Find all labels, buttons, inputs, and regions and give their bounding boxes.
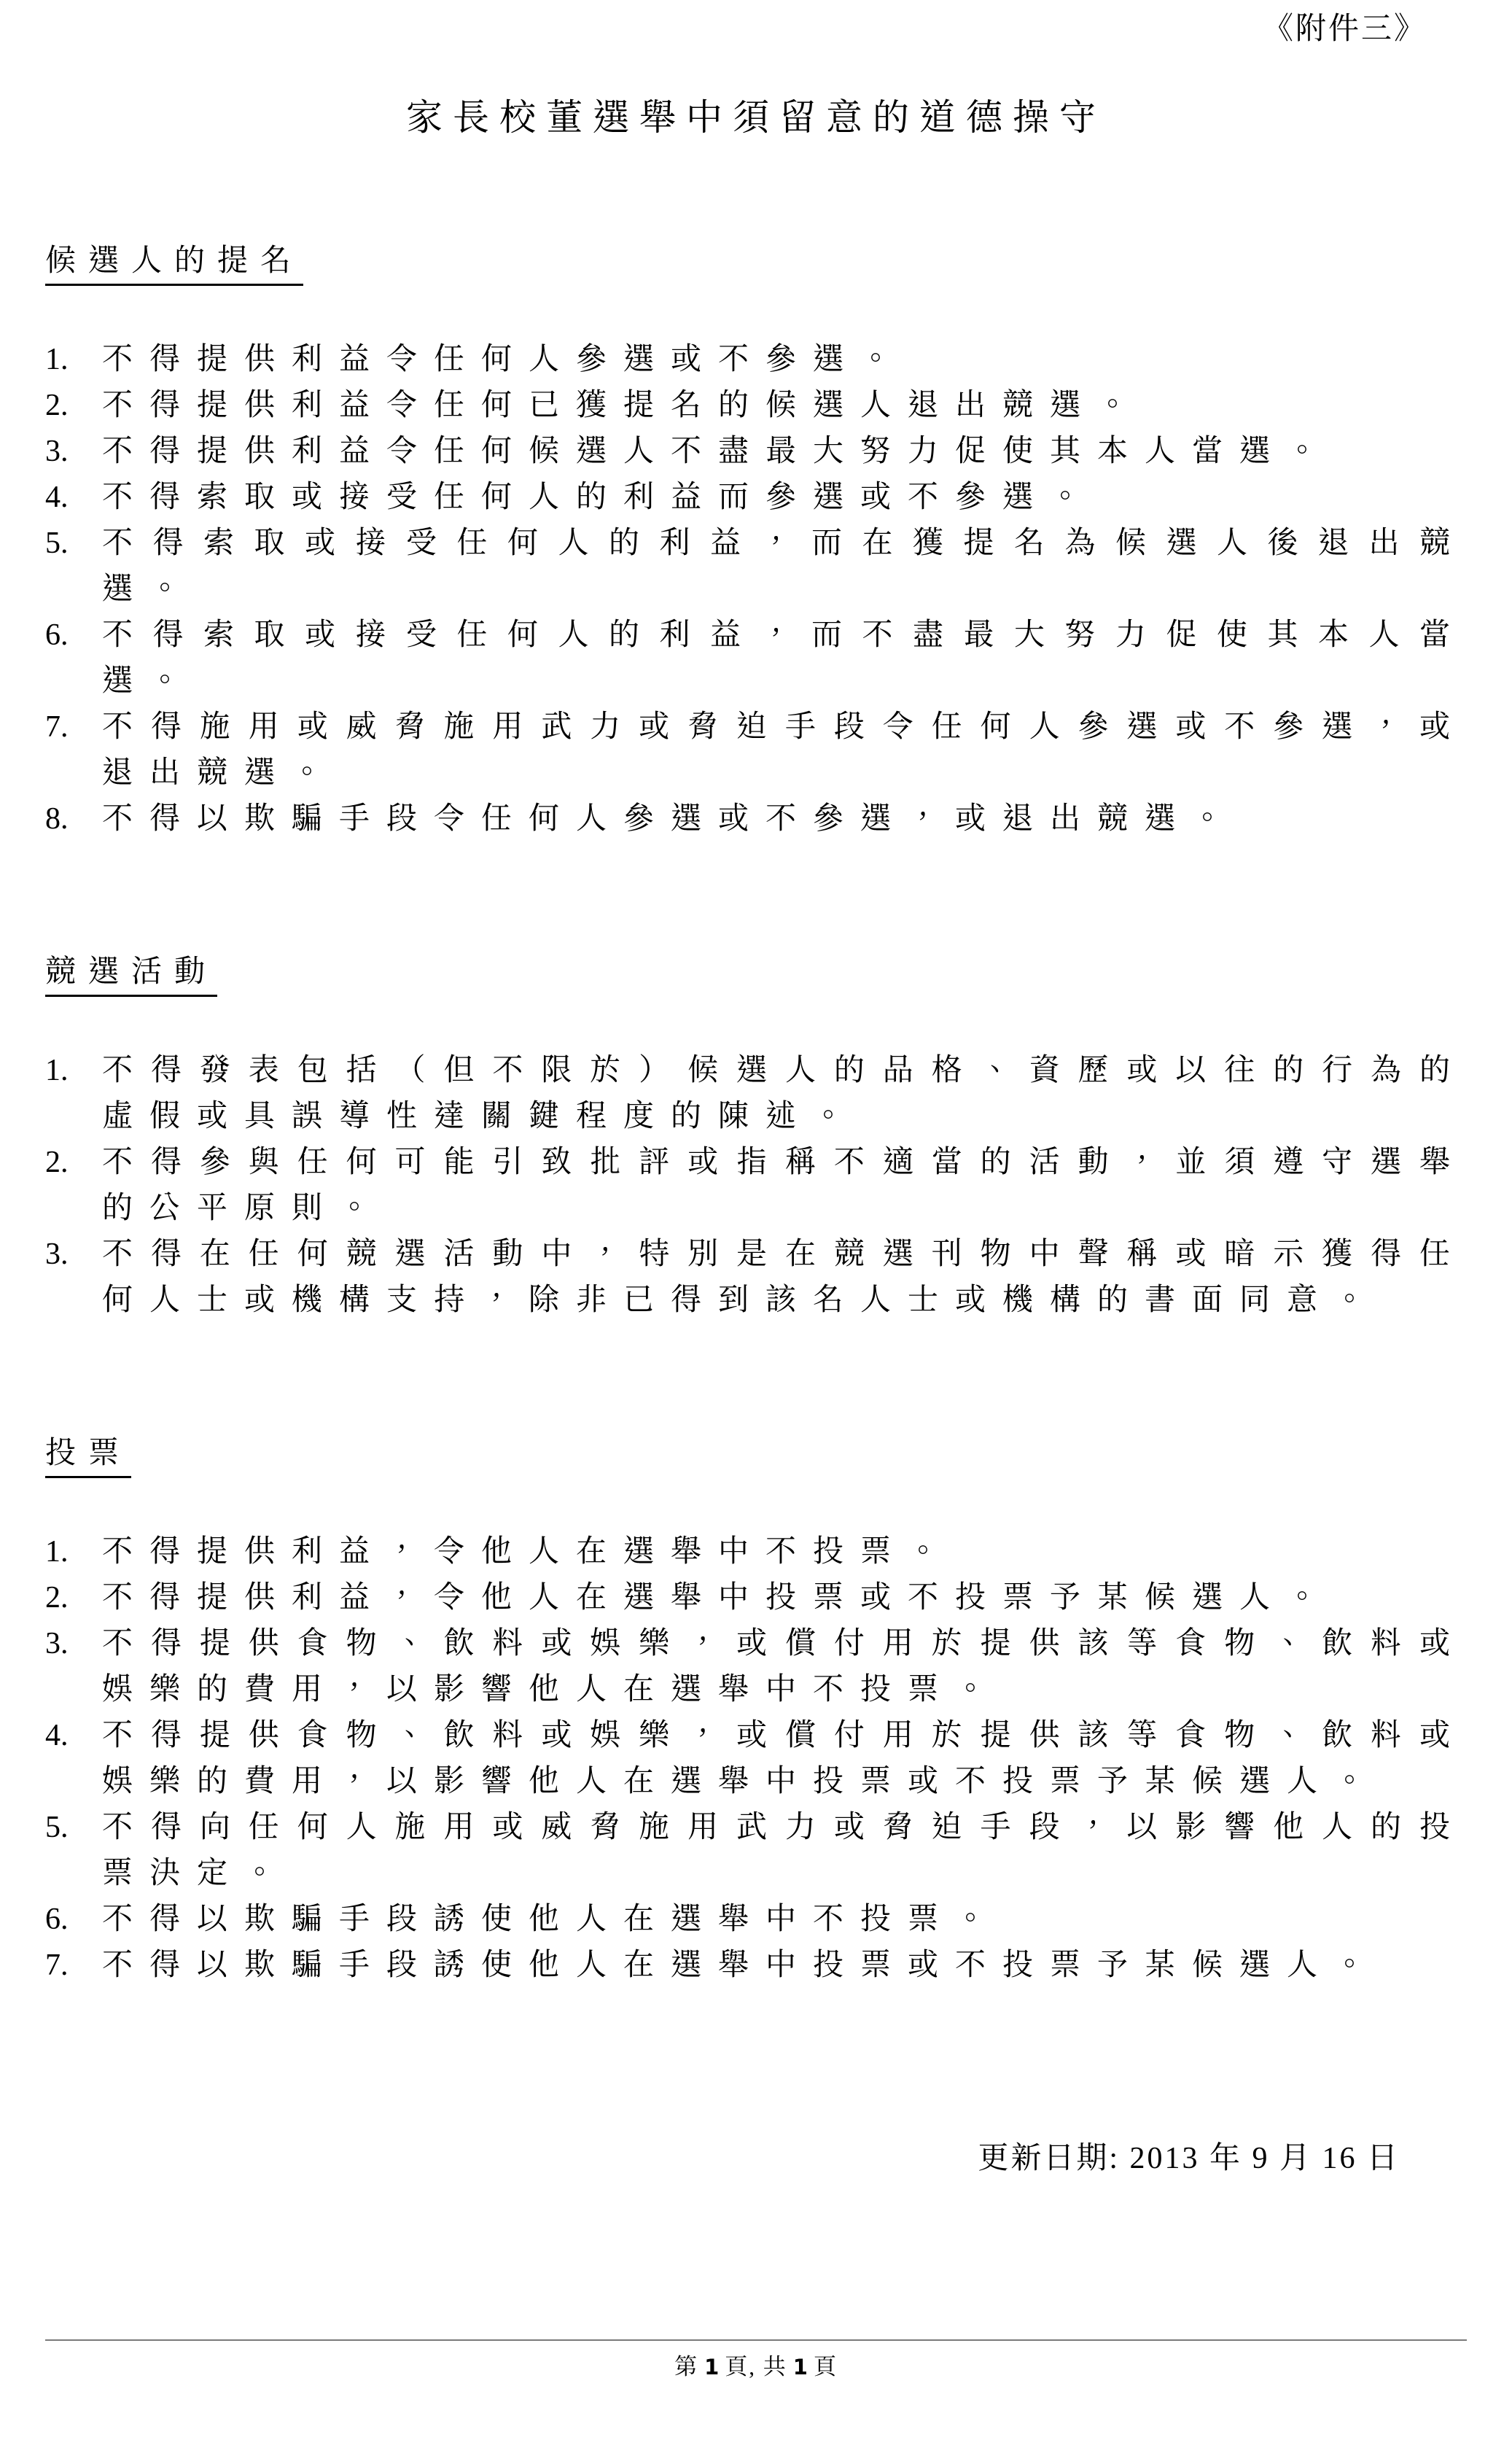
item-number: 3. <box>45 429 102 475</box>
footer-page-number: 1 <box>704 2355 719 2379</box>
item-text: 不得索取或接受任何人的利益，而不盡最大努力促使其本人當選。 <box>102 613 1467 704</box>
list-item: 7.不得以欺騙手段誘使他人在選舉中投票或不投票予某候選人。 <box>45 1943 1467 1989</box>
footer-middle: 頁, 共 <box>725 2354 787 2379</box>
item-number: 4. <box>45 475 102 521</box>
item-number: 7. <box>45 704 102 796</box>
section-heading: 候選人的提名 <box>45 241 1467 281</box>
list-item: 3.不得提供利益令任何候選人不盡最大努力促使其本人當選。 <box>45 429 1467 475</box>
item-number: 5. <box>45 521 102 613</box>
section: 候選人的提名1.不得提供利益令任何人參選或不參選。2.不得提供利益令任何已獲提名… <box>45 241 1467 842</box>
item-number: 4. <box>45 1713 102 1805</box>
list-item: 3.不得在任何競選活動中，特別是在競選刊物中聲稱或暗示獲得任何人士或機構支持，除… <box>45 1232 1467 1324</box>
list-item: 4.不得索取或接受任何人的利益而參選或不參選。 <box>45 475 1467 521</box>
item-text: 不得提供食物、飲料或娛樂，或償付用於提供該等食物、飲料或娛樂的費用，以影響他人在… <box>102 1713 1467 1805</box>
section-heading: 競選活動 <box>45 952 1467 992</box>
footer-total-pages: 1 <box>793 2355 808 2379</box>
item-text: 不得以欺騙手段誘使他人在選舉中不投票。 <box>102 1897 1467 1943</box>
item-number: 6. <box>45 613 102 704</box>
section-heading-text: 投票 <box>45 1437 131 1478</box>
item-number: 2. <box>45 1140 102 1232</box>
item-text: 不得索取或接受任何人的利益而參選或不參選。 <box>102 475 1467 521</box>
item-text: 不得發表包括（但不限於）候選人的品格、資歷或以往的行為的虛假或具誤導性達關鍵程度… <box>102 1048 1467 1140</box>
footer-prefix: 第 <box>674 2354 698 2379</box>
item-number: 3. <box>45 1621 102 1713</box>
item-text: 不得提供利益，令他人在選舉中投票或不投票予某候選人。 <box>102 1575 1467 1621</box>
item-text: 不得向任何人施用或威脅施用武力或脅迫手段，以影響他人的投票決定。 <box>102 1805 1467 1897</box>
page-footer: 第1頁, 共1頁 <box>45 2339 1467 2380</box>
update-date: 更新日期: 2013 年 9 月 16 日 <box>45 2138 1467 2179</box>
section-heading: 投票 <box>45 1433 1467 1474</box>
page-title: 家長校董選舉中須留意的道德操守 <box>45 96 1467 139</box>
list-item: 5.不得向任何人施用或威脅施用武力或脅迫手段，以影響他人的投票決定。 <box>45 1805 1467 1897</box>
item-text: 不得提供食物、飲料或娛樂，或償付用於提供該等食物、飲料或娛樂的費用，以影響他人在… <box>102 1621 1467 1713</box>
item-text: 不得在任何競選活動中，特別是在競選刊物中聲稱或暗示獲得任何人士或機構支持，除非已… <box>102 1232 1467 1324</box>
list-item: 1.不得發表包括（但不限於）候選人的品格、資歷或以往的行為的虛假或具誤導性達關鍵… <box>45 1048 1467 1140</box>
footer-suffix: 頁 <box>814 2354 838 2379</box>
item-number: 7. <box>45 1943 102 1989</box>
item-number: 1. <box>45 1529 102 1575</box>
item-number: 6. <box>45 1897 102 1943</box>
list-item: 2.不得提供利益令任何已獲提名的候選人退出競選。 <box>45 383 1467 429</box>
section: 競選活動1.不得發表包括（但不限於）候選人的品格、資歷或以往的行為的虛假或具誤導… <box>45 952 1467 1324</box>
appendix-label: 《附件三》 <box>45 0 1467 47</box>
list-item: 1.不得提供利益令任何人參選或不參選。 <box>45 337 1467 383</box>
item-text: 不得以欺騙手段令任何人參選或不參選，或退出競選。 <box>102 796 1467 842</box>
item-text: 不得參與任何可能引致批評或指稱不適當的活動，並須遵守選舉的公平原則。 <box>102 1140 1467 1232</box>
section-heading-text: 候選人的提名 <box>45 244 303 286</box>
item-number: 2. <box>45 1575 102 1621</box>
list-item: 4.不得提供食物、飲料或娛樂，或償付用於提供該等食物、飲料或娛樂的費用，以影響他… <box>45 1713 1467 1805</box>
list-item: 3.不得提供食物、飲料或娛樂，或償付用於提供該等食物、飲料或娛樂的費用，以影響他… <box>45 1621 1467 1713</box>
item-text: 不得提供利益令任何已獲提名的候選人退出競選。 <box>102 383 1467 429</box>
item-text: 不得施用或威脅施用武力或脅迫手段令任何人參選或不參選，或退出競選。 <box>102 704 1467 796</box>
item-number: 1. <box>45 337 102 383</box>
numbered-list: 1.不得提供利益，令他人在選舉中不投票。2.不得提供利益，令他人在選舉中投票或不… <box>45 1529 1467 1989</box>
list-item: 6.不得以欺騙手段誘使他人在選舉中不投票。 <box>45 1897 1467 1943</box>
numbered-list: 1.不得發表包括（但不限於）候選人的品格、資歷或以往的行為的虛假或具誤導性達關鍵… <box>45 1048 1467 1324</box>
sections-container: 候選人的提名1.不得提供利益令任何人參選或不參選。2.不得提供利益令任何已獲提名… <box>45 241 1467 1989</box>
item-text: 不得索取或接受任何人的利益，而在獲提名為候選人後退出競選。 <box>102 521 1467 613</box>
list-item: 1.不得提供利益，令他人在選舉中不投票。 <box>45 1529 1467 1575</box>
section-heading-text: 競選活動 <box>45 955 217 997</box>
list-item: 5.不得索取或接受任何人的利益，而在獲提名為候選人後退出競選。 <box>45 521 1467 613</box>
item-number: 2. <box>45 383 102 429</box>
list-item: 2.不得提供利益，令他人在選舉中投票或不投票予某候選人。 <box>45 1575 1467 1621</box>
item-number: 3. <box>45 1232 102 1324</box>
item-text: 不得提供利益令任何人參選或不參選。 <box>102 337 1467 383</box>
numbered-list: 1.不得提供利益令任何人參選或不參選。2.不得提供利益令任何已獲提名的候選人退出… <box>45 337 1467 842</box>
list-item: 7.不得施用或威脅施用武力或脅迫手段令任何人參選或不參選，或退出競選。 <box>45 704 1467 796</box>
list-item: 2.不得參與任何可能引致批評或指稱不適當的活動，並須遵守選舉的公平原則。 <box>45 1140 1467 1232</box>
document-page: 《附件三》 家長校董選舉中須留意的道德操守 候選人的提名1.不得提供利益令任何人… <box>0 0 1512 2440</box>
item-number: 5. <box>45 1805 102 1897</box>
item-text: 不得提供利益，令他人在選舉中不投票。 <box>102 1529 1467 1575</box>
item-text: 不得提供利益令任何候選人不盡最大努力促使其本人當選。 <box>102 429 1467 475</box>
item-text: 不得以欺騙手段誘使他人在選舉中投票或不投票予某候選人。 <box>102 1943 1467 1989</box>
section: 投票1.不得提供利益，令他人在選舉中不投票。2.不得提供利益，令他人在選舉中投票… <box>45 1433 1467 1989</box>
list-item: 8.不得以欺騙手段令任何人參選或不參選，或退出競選。 <box>45 796 1467 842</box>
item-number: 1. <box>45 1048 102 1140</box>
item-number: 8. <box>45 796 102 842</box>
list-item: 6.不得索取或接受任何人的利益，而不盡最大努力促使其本人當選。 <box>45 613 1467 704</box>
